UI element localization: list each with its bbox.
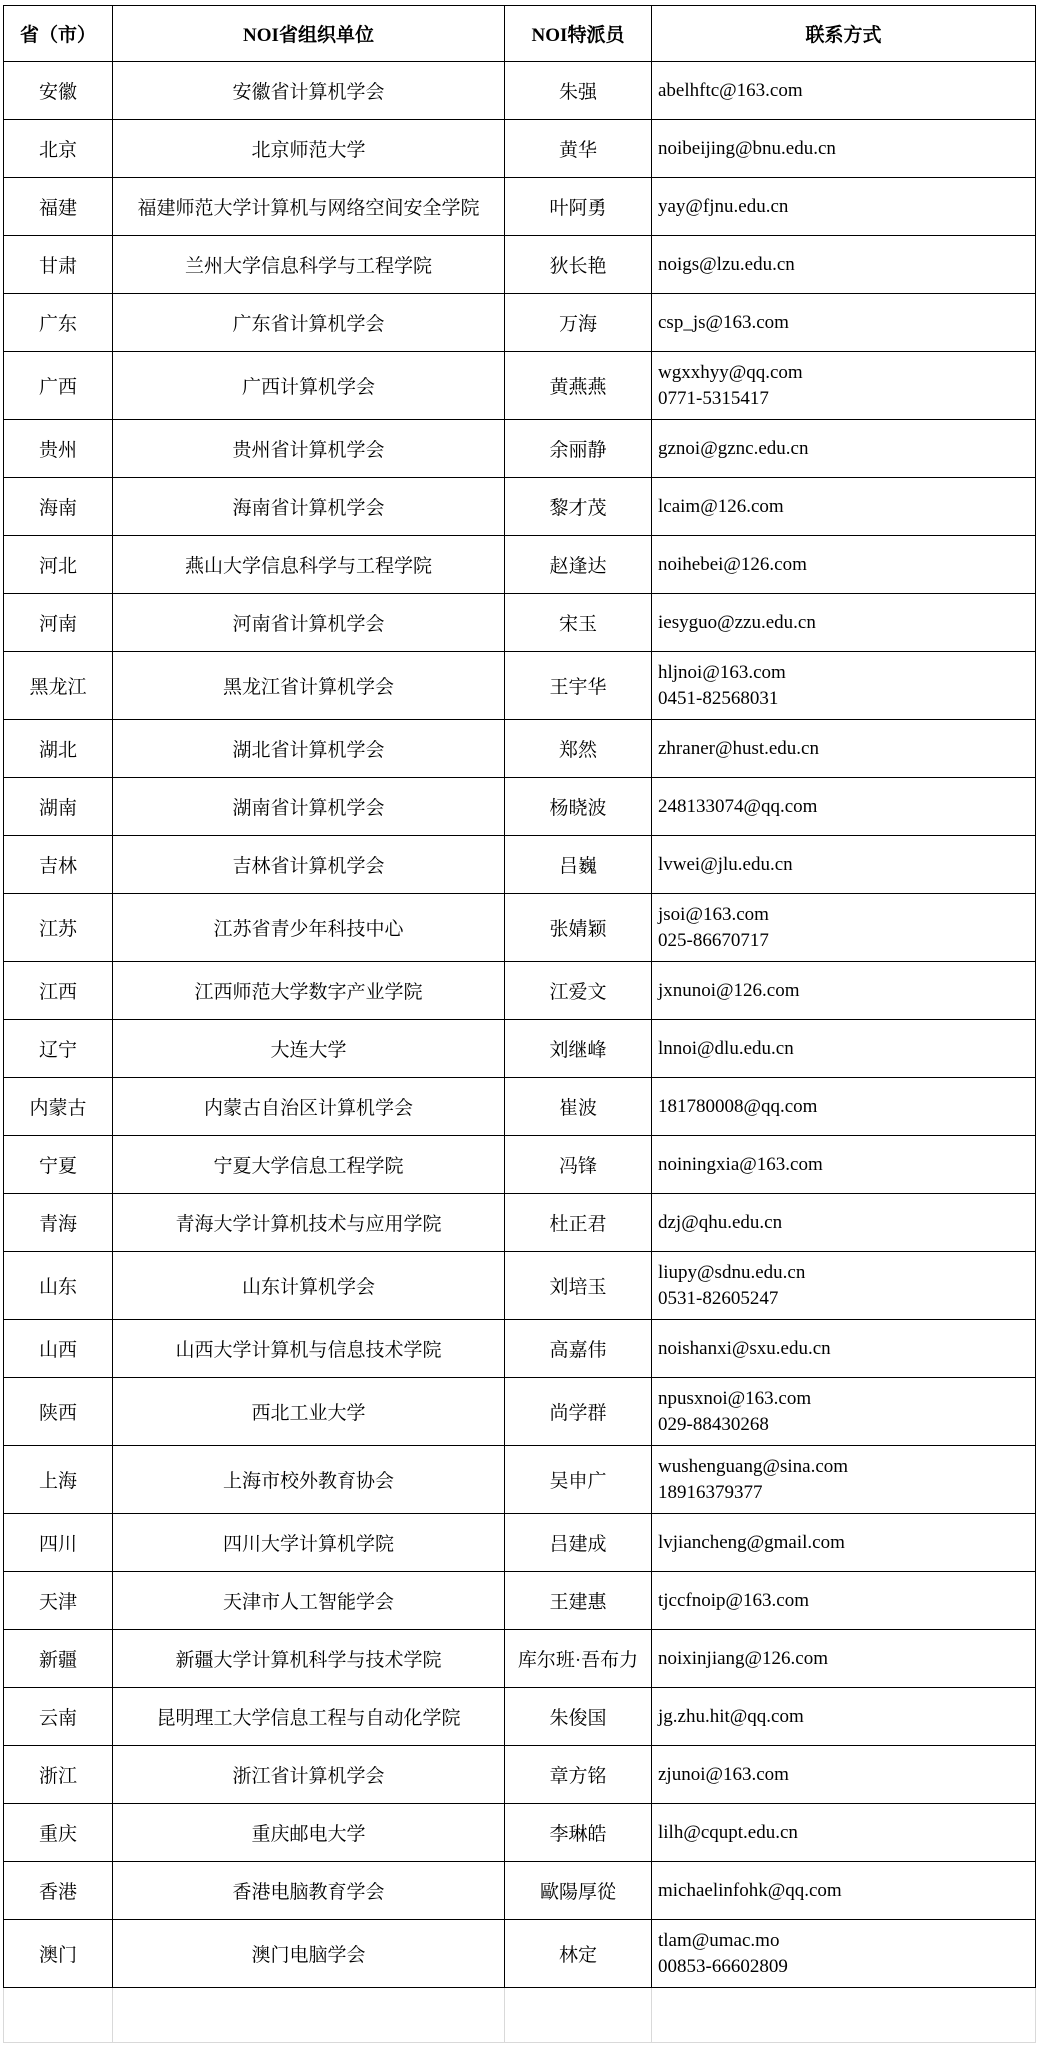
contact-cell: lcaim@126.com [652,478,1036,536]
contact-cell: dzj@qhu.edu.cn [652,1194,1036,1252]
province-cell: 海南 [4,478,113,536]
contact-line: tlam@umac.mo [658,1928,1031,1953]
envoy-cell: 王宇华 [505,652,652,720]
table-row: 甘肃 兰州大学信息科学与工程学院 狄长艳 noigs@lzu.edu.cn [4,236,1036,294]
province-cell: 湖南 [4,778,113,836]
envoy-cell: 王建惠 [505,1572,652,1630]
table-row: 天津 天津市人工智能学会 王建惠 tjccfnoip@163.com [4,1572,1036,1630]
contact-line: 025-86670717 [658,928,1031,953]
organization-cell: 山东计算机学会 [113,1252,505,1320]
organization-cell: 河南省计算机学会 [113,594,505,652]
province-cell: 贵州 [4,420,113,478]
contact-line: 0451-82568031 [658,686,1031,711]
contact-line: abelhftc@163.com [658,78,1031,103]
province-cell: 山东 [4,1252,113,1320]
contact-cell: abelhftc@163.com [652,62,1036,120]
envoy-cell [505,1988,652,2043]
table-row: 海南 海南省计算机学会 黎才茂 lcaim@126.com [4,478,1036,536]
organization-cell: 吉林省计算机学会 [113,836,505,894]
organization-cell: 安徽省计算机学会 [113,62,505,120]
organization-cell: 内蒙古自治区计算机学会 [113,1078,505,1136]
envoy-cell: 朱强 [505,62,652,120]
province-cell: 北京 [4,120,113,178]
table-row: 云南 昆明理工大学信息工程与自动化学院 朱俊国 jg.zhu.hit@qq.co… [4,1688,1036,1746]
table-row: 河南 河南省计算机学会 宋玉 iesyguo@zzu.edu.cn [4,594,1036,652]
organization-cell: 四川大学计算机学院 [113,1514,505,1572]
province-cell: 香港 [4,1862,113,1920]
organization-cell: 宁夏大学信息工程学院 [113,1136,505,1194]
envoy-cell: 张婧颖 [505,894,652,962]
envoy-cell: 江爱文 [505,962,652,1020]
table-row: 陕西 西北工业大学 尚学群 npusxnoi@163.com029-884302… [4,1378,1036,1446]
contact-line: lvwei@jlu.edu.cn [658,852,1031,877]
organization-cell: 香港电脑教育学会 [113,1862,505,1920]
envoy-cell: 库尔班·吾布力 [505,1630,652,1688]
contact-line: liupy@sdnu.edu.cn [658,1260,1031,1285]
province-cell: 山西 [4,1320,113,1378]
contact-line: zjunoi@163.com [658,1762,1031,1787]
province-cell: 浙江 [4,1746,113,1804]
table-row: 辽宁 大连大学 刘继峰 lnnoi@dlu.edu.cn [4,1020,1036,1078]
table-row: 内蒙古 内蒙古自治区计算机学会 崔波 181780008@qq.com [4,1078,1036,1136]
header-row: 省（市） NOI省组织单位 NOI特派员 联系方式 [4,6,1036,62]
table-row: 新疆 新疆大学计算机科学与技术学院 库尔班·吾布力 noixinjiang@12… [4,1630,1036,1688]
envoy-cell: 吴申广 [505,1446,652,1514]
contact-line: michaelinfohk@qq.com [658,1878,1031,1903]
header-province: 省（市） [4,6,113,62]
province-cell: 湖北 [4,720,113,778]
envoy-cell: 刘培玉 [505,1252,652,1320]
table-row: 湖北 湖北省计算机学会 郑然 zhraner@hust.edu.cn [4,720,1036,778]
noi-contact-table: 省（市） NOI省组织单位 NOI特派员 联系方式 安徽 安徽省计算机学会 朱强… [3,5,1036,2043]
envoy-cell: 黄华 [505,120,652,178]
organization-cell: 福建师范大学计算机与网络空间安全学院 [113,178,505,236]
envoy-cell: 黄燕燕 [505,352,652,420]
province-cell: 河北 [4,536,113,594]
contact-line: 0531-82605247 [658,1286,1031,1311]
province-cell: 内蒙古 [4,1078,113,1136]
contact-cell: tjccfnoip@163.com [652,1572,1036,1630]
contact-cell: lvjiancheng@gmail.com [652,1514,1036,1572]
province-cell: 安徽 [4,62,113,120]
empty-row [4,1988,1036,2043]
organization-cell: 广东省计算机学会 [113,294,505,352]
contact-cell: jsoi@163.com025-86670717 [652,894,1036,962]
table-row: 香港 香港电脑教育学会 歐陽厚從 michaelinfohk@qq.com [4,1862,1036,1920]
province-cell: 甘肃 [4,236,113,294]
contact-line: jxnunoi@126.com [658,978,1031,1003]
contact-cell: noiningxia@163.com [652,1136,1036,1194]
contact-line: noiningxia@163.com [658,1152,1031,1177]
organization-cell: 新疆大学计算机科学与技术学院 [113,1630,505,1688]
table-row: 吉林 吉林省计算机学会 吕巍 lvwei@jlu.edu.cn [4,836,1036,894]
province-cell: 辽宁 [4,1020,113,1078]
organization-cell: 大连大学 [113,1020,505,1078]
contact-line: noibeijing@bnu.edu.cn [658,136,1031,161]
table-row: 北京 北京师范大学 黄华 noibeijing@bnu.edu.cn [4,120,1036,178]
table-row: 江苏 江苏省青少年科技中心 张婧颖 jsoi@163.com025-866707… [4,894,1036,962]
contact-cell: jg.zhu.hit@qq.com [652,1688,1036,1746]
envoy-cell: 崔波 [505,1078,652,1136]
contact-line: lilh@cqupt.edu.cn [658,1820,1031,1845]
table-row: 山西 山西大学计算机与信息技术学院 高嘉伟 noishanxi@sxu.edu.… [4,1320,1036,1378]
envoy-cell: 吕建成 [505,1514,652,1572]
organization-cell: 山西大学计算机与信息技术学院 [113,1320,505,1378]
contact-line: csp_js@163.com [658,310,1031,335]
contact-cell: lvwei@jlu.edu.cn [652,836,1036,894]
contact-cell: gznoi@gznc.edu.cn [652,420,1036,478]
contact-line: dzj@qhu.edu.cn [658,1210,1031,1235]
organization-cell [113,1988,505,2043]
envoy-cell: 章方铭 [505,1746,652,1804]
contact-line: 18916379377 [658,1480,1031,1505]
province-cell: 黑龙江 [4,652,113,720]
header-contact: 联系方式 [652,6,1036,62]
envoy-cell: 杜正君 [505,1194,652,1252]
contact-cell: wgxxhyy@qq.com0771-5315417 [652,352,1036,420]
contact-cell: tlam@umac.mo00853-66602809 [652,1920,1036,1988]
contact-cell: wushenguang@sina.com18916379377 [652,1446,1036,1514]
province-cell: 宁夏 [4,1136,113,1194]
contact-cell [652,1988,1036,2043]
province-cell: 天津 [4,1572,113,1630]
organization-cell: 西北工业大学 [113,1378,505,1446]
contact-cell: yay@fjnu.edu.cn [652,178,1036,236]
table-header: 省（市） NOI省组织单位 NOI特派员 联系方式 [4,6,1036,62]
organization-cell: 江西师范大学数字产业学院 [113,962,505,1020]
contact-cell: liupy@sdnu.edu.cn0531-82605247 [652,1252,1036,1320]
envoy-cell: 黎才茂 [505,478,652,536]
province-cell: 河南 [4,594,113,652]
contact-line: zhraner@hust.edu.cn [658,736,1031,761]
envoy-cell: 朱俊国 [505,1688,652,1746]
envoy-cell: 林定 [505,1920,652,1988]
table-row: 广西 广西计算机学会 黄燕燕 wgxxhyy@qq.com0771-531541… [4,352,1036,420]
organization-cell: 湖北省计算机学会 [113,720,505,778]
contact-cell: noishanxi@sxu.edu.cn [652,1320,1036,1378]
organization-cell: 江苏省青少年科技中心 [113,894,505,962]
envoy-cell: 高嘉伟 [505,1320,652,1378]
organization-cell: 澳门电脑学会 [113,1920,505,1988]
table-row: 河北 燕山大学信息科学与工程学院 赵逢达 noihebei@126.com [4,536,1036,594]
table-row: 福建 福建师范大学计算机与网络空间安全学院 叶阿勇 yay@fjnu.edu.c… [4,178,1036,236]
contact-cell: csp_js@163.com [652,294,1036,352]
province-cell: 江西 [4,962,113,1020]
province-cell: 澳门 [4,1920,113,1988]
province-cell: 陕西 [4,1378,113,1446]
table-row: 四川 四川大学计算机学院 吕建成 lvjiancheng@gmail.com [4,1514,1036,1572]
table-row: 青海 青海大学计算机技术与应用学院 杜正君 dzj@qhu.edu.cn [4,1194,1036,1252]
organization-cell: 黑龙江省计算机学会 [113,652,505,720]
contact-line: lcaim@126.com [658,494,1031,519]
contact-line: lvjiancheng@gmail.com [658,1530,1031,1555]
contact-cell: lnnoi@dlu.edu.cn [652,1020,1036,1078]
table-row: 宁夏 宁夏大学信息工程学院 冯锋 noiningxia@163.com [4,1136,1036,1194]
organization-cell: 北京师范大学 [113,120,505,178]
contact-cell: npusxnoi@163.com029-88430268 [652,1378,1036,1446]
province-cell: 江苏 [4,894,113,962]
contact-cell: noibeijing@bnu.edu.cn [652,120,1036,178]
province-cell: 福建 [4,178,113,236]
organization-cell: 青海大学计算机技术与应用学院 [113,1194,505,1252]
province-cell: 广东 [4,294,113,352]
table-row: 湖南 湖南省计算机学会 杨晓波 248133074@qq.com [4,778,1036,836]
contact-line: noigs@lzu.edu.cn [658,252,1031,277]
contact-cell: hljnoi@163.com0451-82568031 [652,652,1036,720]
contact-line: lnnoi@dlu.edu.cn [658,1036,1031,1061]
contact-cell: noixinjiang@126.com [652,1630,1036,1688]
table-row: 澳门 澳门电脑学会 林定 tlam@umac.mo00853-66602809 [4,1920,1036,1988]
table-row: 广东 广东省计算机学会 万海 csp_js@163.com [4,294,1036,352]
province-cell: 新疆 [4,1630,113,1688]
organization-cell: 昆明理工大学信息工程与自动化学院 [113,1688,505,1746]
organization-cell: 浙江省计算机学会 [113,1746,505,1804]
page: 省（市） NOI省组织单位 NOI特派员 联系方式 安徽 安徽省计算机学会 朱强… [0,0,1038,2056]
contact-cell: lilh@cqupt.edu.cn [652,1804,1036,1862]
organization-cell: 贵州省计算机学会 [113,420,505,478]
table-row: 重庆 重庆邮电大学 李琳皓 lilh@cqupt.edu.cn [4,1804,1036,1862]
envoy-cell: 吕巍 [505,836,652,894]
envoy-cell: 狄长艳 [505,236,652,294]
province-cell: 吉林 [4,836,113,894]
table-body: 安徽 安徽省计算机学会 朱强 abelhftc@163.com 北京 北京师范大… [4,62,1036,2043]
organization-cell: 天津市人工智能学会 [113,1572,505,1630]
contact-cell: 181780008@qq.com [652,1078,1036,1136]
organization-cell: 燕山大学信息科学与工程学院 [113,536,505,594]
envoy-cell: 李琳皓 [505,1804,652,1862]
contact-line: iesyguo@zzu.edu.cn [658,610,1031,635]
table-row: 上海 上海市校外教育协会 吴申广 wushenguang@sina.com189… [4,1446,1036,1514]
contact-line: 0771-5315417 [658,386,1031,411]
table-row: 黑龙江 黑龙江省计算机学会 王宇华 hljnoi@163.com0451-825… [4,652,1036,720]
organization-cell: 广西计算机学会 [113,352,505,420]
envoy-cell: 叶阿勇 [505,178,652,236]
province-cell: 青海 [4,1194,113,1252]
envoy-cell: 万海 [505,294,652,352]
contact-line: noishanxi@sxu.edu.cn [658,1336,1031,1361]
envoy-cell: 杨晓波 [505,778,652,836]
envoy-cell: 赵逢达 [505,536,652,594]
envoy-cell: 尚学群 [505,1378,652,1446]
envoy-cell: 余丽静 [505,420,652,478]
contact-line: wushenguang@sina.com [658,1454,1031,1479]
contact-line: hljnoi@163.com [658,660,1031,685]
province-cell [4,1988,113,2043]
contact-line: gznoi@gznc.edu.cn [658,436,1031,461]
contact-line: jg.zhu.hit@qq.com [658,1704,1031,1729]
contact-line: 00853-66602809 [658,1954,1031,1979]
contact-cell: noihebei@126.com [652,536,1036,594]
contact-line: 029-88430268 [658,1412,1031,1437]
contact-line: yay@fjnu.edu.cn [658,194,1031,219]
province-cell: 重庆 [4,1804,113,1862]
contact-cell: michaelinfohk@qq.com [652,1862,1036,1920]
contact-line: noihebei@126.com [658,552,1031,577]
contact-cell: noigs@lzu.edu.cn [652,236,1036,294]
contact-line: wgxxhyy@qq.com [658,360,1031,385]
table-row: 江西 江西师范大学数字产业学院 江爱文 jxnunoi@126.com [4,962,1036,1020]
header-envoy: NOI特派员 [505,6,652,62]
table-row: 山东 山东计算机学会 刘培玉 liupy@sdnu.edu.cn0531-826… [4,1252,1036,1320]
province-cell: 云南 [4,1688,113,1746]
table-row: 贵州 贵州省计算机学会 余丽静 gznoi@gznc.edu.cn [4,420,1036,478]
header-organization: NOI省组织单位 [113,6,505,62]
contact-cell: zhraner@hust.edu.cn [652,720,1036,778]
organization-cell: 兰州大学信息科学与工程学院 [113,236,505,294]
contact-line: 248133074@qq.com [658,794,1031,819]
province-cell: 四川 [4,1514,113,1572]
table-row: 安徽 安徽省计算机学会 朱强 abelhftc@163.com [4,62,1036,120]
contact-line: 181780008@qq.com [658,1094,1031,1119]
contact-cell: jxnunoi@126.com [652,962,1036,1020]
contact-cell: iesyguo@zzu.edu.cn [652,594,1036,652]
province-cell: 广西 [4,352,113,420]
contact-cell: zjunoi@163.com [652,1746,1036,1804]
contact-line: tjccfnoip@163.com [658,1588,1031,1613]
organization-cell: 湖南省计算机学会 [113,778,505,836]
envoy-cell: 刘继峰 [505,1020,652,1078]
envoy-cell: 宋玉 [505,594,652,652]
organization-cell: 海南省计算机学会 [113,478,505,536]
contact-line: jsoi@163.com [658,902,1031,927]
organization-cell: 重庆邮电大学 [113,1804,505,1862]
envoy-cell: 歐陽厚從 [505,1862,652,1920]
province-cell: 上海 [4,1446,113,1514]
envoy-cell: 郑然 [505,720,652,778]
contact-line: noixinjiang@126.com [658,1646,1031,1671]
envoy-cell: 冯锋 [505,1136,652,1194]
contact-line: npusxnoi@163.com [658,1386,1031,1411]
table-row: 浙江 浙江省计算机学会 章方铭 zjunoi@163.com [4,1746,1036,1804]
organization-cell: 上海市校外教育协会 [113,1446,505,1514]
contact-cell: 248133074@qq.com [652,778,1036,836]
